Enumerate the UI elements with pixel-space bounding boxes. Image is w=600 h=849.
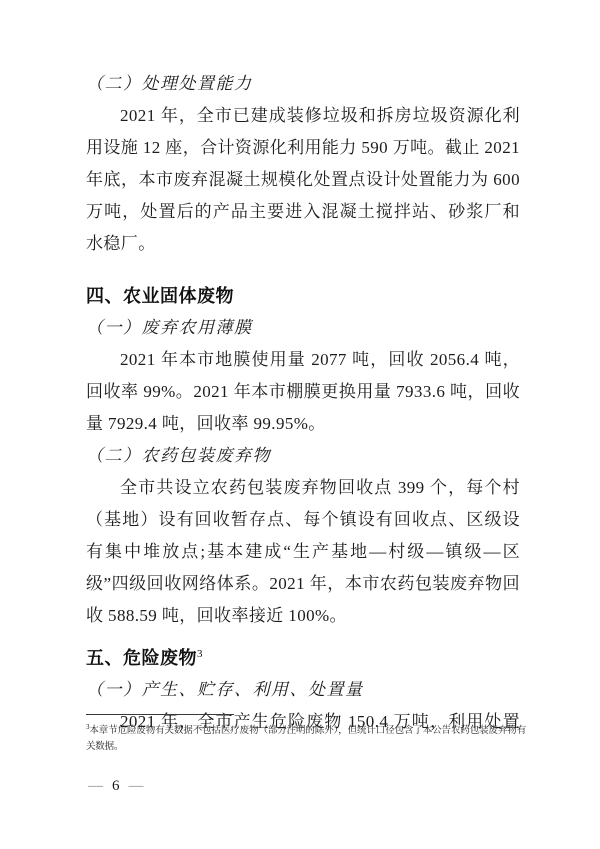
heading-agricultural-solid-waste: 四、农业固体废物 bbox=[86, 280, 520, 312]
footnote-body: 本章节危险废物有关数据不包括医疗废物（部分注明的除外），但统计口径包含了本公告农… bbox=[86, 726, 526, 752]
footnote-area: 3本章节危险废物有关数据不包括医疗废物（部分注明的除外），但统计口径包含了本公告… bbox=[86, 714, 526, 755]
paragraph-pesticide-packaging: 全市共设立农药包装废弃物回收点 399 个，每个村（基地）设有回收暂存点、每个镇… bbox=[86, 472, 520, 632]
document-content: （二）处理处置能力 2021 年，全市已建成装修垃圾和拆房垃圾资源化利用设施 1… bbox=[0, 0, 600, 738]
page-number-right-dash: — bbox=[129, 778, 145, 794]
subheading-treatment-disposal-capacity: （二）处理处置能力 bbox=[86, 68, 520, 100]
page-number-left-dash: — bbox=[88, 778, 104, 794]
paragraph-treatment-disposal-capacity: 2021 年，全市已建成装修垃圾和拆房垃圾资源化利用设施 12 座，合计资源化利… bbox=[86, 100, 520, 260]
footnote-reference-3: 3 bbox=[197, 648, 203, 660]
footnote-text: 3本章节危险废物有关数据不包括医疗废物（部分注明的除外），但统计口径包含了本公告… bbox=[86, 723, 526, 755]
paragraph-agricultural-film: 2021 年本市地膜使用量 2077 吨，回收 2056.4 吨，回收率 99%… bbox=[86, 344, 520, 440]
page-number: —6— bbox=[88, 778, 145, 795]
document-page: （二）处理处置能力 2021 年，全市已建成装修垃圾和拆房垃圾资源化利用设施 1… bbox=[0, 0, 600, 849]
subheading-waste-agricultural-film: （一）废弃农用薄膜 bbox=[86, 312, 520, 344]
subheading-generation-storage-utilization-disposal: （一）产生、贮存、利用、处置量 bbox=[86, 674, 520, 706]
page-number-value: 6 bbox=[104, 778, 129, 794]
heading-hazardous-waste-label: 五、危险废物 bbox=[86, 648, 197, 668]
subheading-pesticide-packaging-waste: （二）农药包装废弃物 bbox=[86, 440, 520, 472]
heading-hazardous-waste: 五、危险废物3 bbox=[86, 642, 520, 674]
footnote-separator-rule bbox=[86, 714, 234, 715]
